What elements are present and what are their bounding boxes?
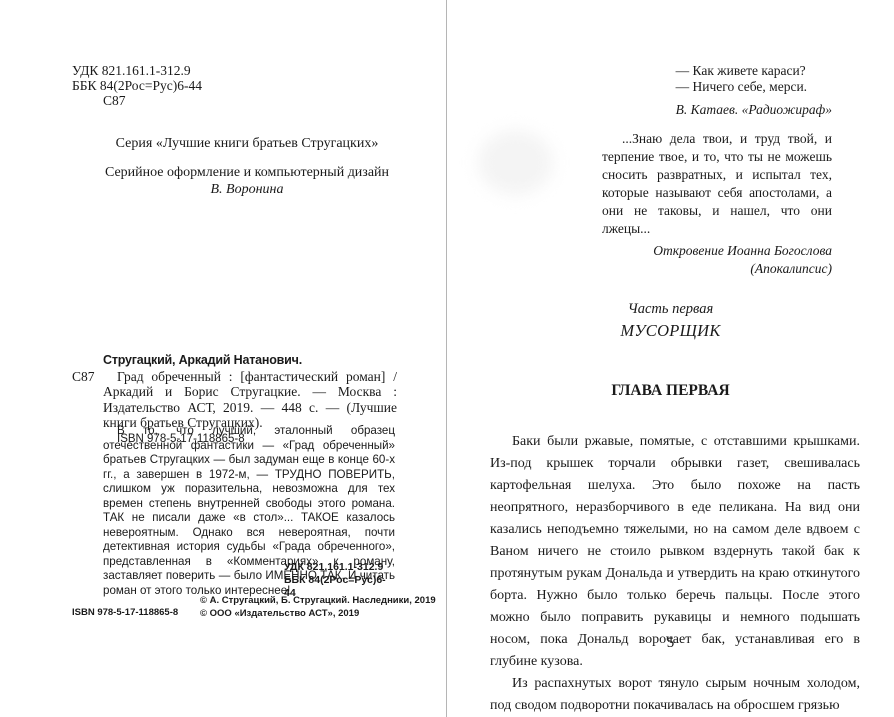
copyright-line: © ООО «Издательство АСТ», 2019 <box>200 607 436 620</box>
catalog-entry: С87 Град обреченный : [фантастический ро… <box>72 369 397 431</box>
udk-code: УДК 821.161.1-312.9 <box>72 63 202 78</box>
left-page: УДК 821.161.1-312.9 ББК 84(2Рос=Рус)6-44… <box>0 0 446 717</box>
catalog-entry-text: Град обреченный : [фантастический роман]… <box>103 369 397 431</box>
page-number: 5 <box>447 635 894 652</box>
epigraph-kataev: — Как живете караси? — Ничего себе, мерс… <box>676 63 832 118</box>
epigraph-apocalypse: ...Знаю дела твои, и труд твой, и терпен… <box>602 130 832 278</box>
bottom-udk: УДК 821.161.1-312.9 <box>284 561 394 574</box>
copyright-line: © А. Стругацкий, Б. Стругацкий. Наследни… <box>200 594 436 607</box>
series-title: Серия «Лучшие книги братьев Стругацких» <box>72 136 422 152</box>
epigraph-line: — Ничего себе, мерси. <box>676 79 832 95</box>
chapter-body: Баки были ржавые, помятые, с отставшими … <box>490 431 860 717</box>
bibliographic-codes: УДК 821.161.1-312.9 ББК 84(2Рос=Рус)6-44… <box>72 63 202 108</box>
epigraph-source-line: Откровение Иоанна Богослова <box>602 242 832 260</box>
paragraph: Из распахнутых ворот тянуло сырым ночным… <box>490 673 860 717</box>
catalog-author-mark: С87 <box>72 369 95 385</box>
epigraph-source: Откровение Иоанна Богослова (Апокалипсис… <box>602 242 832 278</box>
part-label: Часть первая <box>447 301 894 318</box>
chapter-title: ГЛАВА ПЕРВАЯ <box>447 382 894 400</box>
design-label: Серийное оформление и компьютерный дизай… <box>72 164 422 181</box>
part-title: МУСОРЩИК <box>447 321 894 341</box>
isbn-bottom: ISBN 978-5-17-118865-8 <box>72 607 178 618</box>
design-credits: Серийное оформление и компьютерный дизай… <box>72 164 422 198</box>
epigraph-text: ...Знаю дела твои, и труд твой, и терпен… <box>602 130 832 238</box>
designer-name: В. Воронина <box>72 181 422 198</box>
author-mark: С87 <box>72 93 202 108</box>
scan-smudge <box>478 130 553 195</box>
epigraph-line: — Как живете караси? <box>676 63 832 79</box>
epigraph-source: В. Катаев. «Радиожираф» <box>676 102 832 118</box>
epigraph-source-line: (Апокалипсис) <box>602 260 832 278</box>
copyright-block: © А. Стругацкий, Б. Стругацкий. Наследни… <box>200 594 436 620</box>
catalog-author: Стругацкий, Аркадий Натанович. <box>72 353 397 369</box>
bbk-code: ББК 84(2Рос=Рус)6-44 <box>72 78 202 93</box>
